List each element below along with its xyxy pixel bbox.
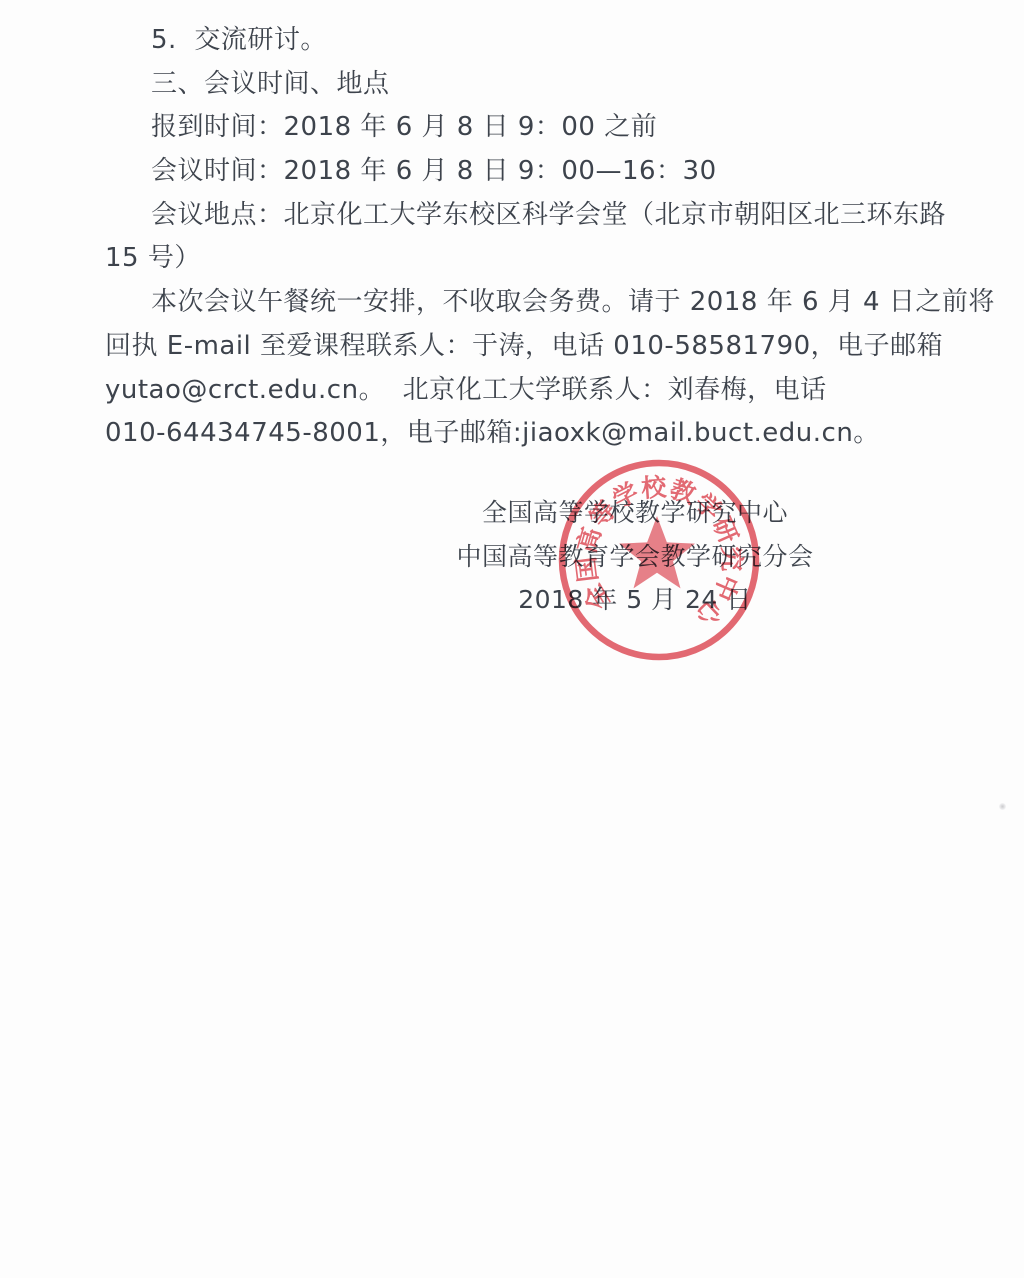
- text-line-contact-2: yutao@crct.edu.cn。 北京化工大学联系人：刘春梅，电话: [105, 369, 905, 413]
- text-line-meeting-location: 会议地点：北京化工大学东校区科学会堂（北京市朝阳区北三环东路: [105, 194, 905, 238]
- scan-speck: [999, 803, 1006, 810]
- signature-org-1: 全国高等学校教学研究中心: [400, 491, 870, 535]
- text-line-contact-3: 010-64434745-8001，电子邮箱:jiaoxk@mail.buct.…: [105, 412, 905, 456]
- text-line: 15 号）: [105, 237, 905, 281]
- text-line: 5. 交流研讨。: [105, 19, 905, 63]
- text-line: 本次会议午餐统一安排，不收取会务费。请于 2018 年 6 月 4 日之前将: [105, 281, 905, 325]
- signature-block: 全国高等学校教学研究中心 中国高等教育学会教学研究分会 2018 年 5 月 2…: [400, 491, 870, 622]
- text-line-section-heading: 三、会议时间、地点: [105, 63, 905, 107]
- signature-org-2: 中国高等教育学会教学研究分会: [400, 535, 870, 579]
- text-line-checkin-time: 报到时间：2018 年 6 月 8 日 9：00 之前: [105, 106, 905, 150]
- signature-date: 2018 年 5 月 24 日: [400, 578, 870, 622]
- text-line-contact-1: 回执 E-mail 至爱课程联系人：于涛，电话 010-58581790，电子邮…: [105, 325, 905, 369]
- scanned-document-page: 5. 交流研讨。 三、会议时间、地点 报到时间：2018 年 6 月 8 日 9…: [0, 0, 1024, 1278]
- text-line-meeting-time: 会议时间：2018 年 6 月 8 日 9：00—16：30: [105, 150, 905, 194]
- body-text-block: 5. 交流研讨。 三、会议时间、地点 报到时间：2018 年 6 月 8 日 9…: [105, 19, 905, 456]
